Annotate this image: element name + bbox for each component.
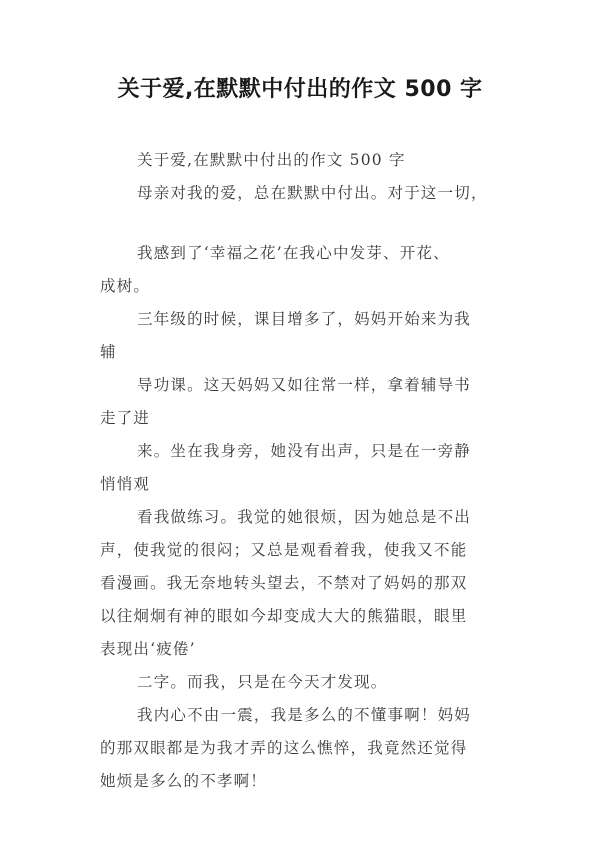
body-line: 我感到了‘幸福之花’在我心中发芽、开花、 bbox=[137, 243, 450, 263]
body-line: 母亲对我的爱，总在默默中付出。对于这一切， bbox=[137, 183, 488, 203]
body-line: 三年级的时候，课目增多了，妈妈开始来为我 bbox=[137, 309, 471, 329]
body-line: 我内心不由一震，我是多么的不懂事啊！妈妈 bbox=[137, 705, 471, 725]
body-line: 成树。 bbox=[100, 276, 150, 296]
body-line: 表现出‘疲倦’ bbox=[100, 639, 196, 659]
body-line: 关于爱,在默默中付出的作文 500 字 bbox=[137, 150, 406, 170]
body-line: 辅 bbox=[100, 342, 117, 362]
body-line: 走了进 bbox=[100, 408, 150, 428]
body-line: 看漫画。我无奈地转头望去，不禁对了妈妈的那双 bbox=[100, 573, 467, 593]
body-line: 导功课。这天妈妈又如往常一样，拿着辅导书 bbox=[137, 375, 471, 395]
body-line: 悄悄观 bbox=[100, 474, 150, 494]
body-line: 声，使我觉的很闷；又总是观看着我，使我又不能 bbox=[100, 540, 467, 560]
document-title: 关于爱,在默默中付出的作文 500 字 bbox=[0, 74, 600, 106]
body-line: 二字。而我，只是在今天才发现。 bbox=[137, 672, 388, 692]
body-line: 来。坐在我身旁，她没有出声，只是在一旁静 bbox=[137, 441, 471, 461]
body-line: 以往炯炯有神的眼如今却变成大大的熊猫眼，眼里 bbox=[100, 606, 467, 626]
body-line: 的那双眼都是为我才弄的这么憔悴，我竟然还觉得 bbox=[100, 738, 467, 758]
document-page: 关于爱,在默默中付出的作文 500 字 关于爱,在默默中付出的作文 500 字 … bbox=[0, 0, 600, 848]
body-line: 看我做练习。我觉的她很烦，因为她总是不出 bbox=[137, 507, 471, 527]
body-line: 她烦是多么的不孝啊！ bbox=[100, 771, 267, 791]
